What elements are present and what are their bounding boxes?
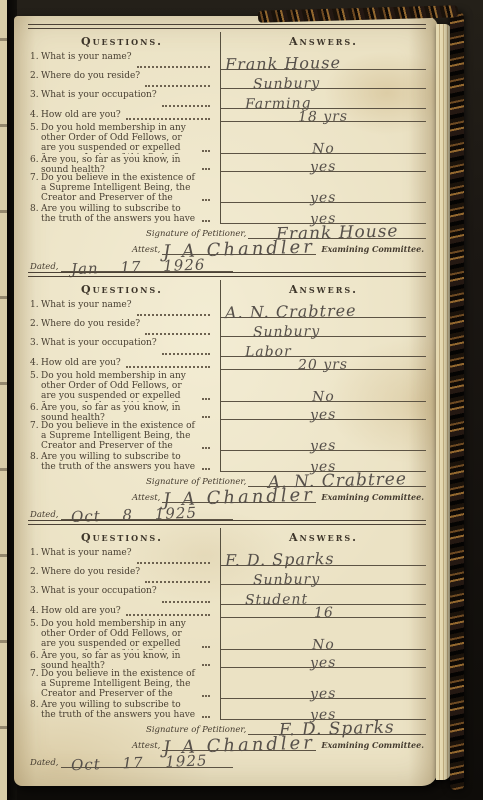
answer-line: yes xyxy=(221,172,426,203)
examining-committee-label: Examining Committee. xyxy=(321,740,424,750)
questions-list: 1. What is your name? 2. Where do you re… xyxy=(28,51,216,224)
handwritten-answer: F. D. Sparks xyxy=(225,549,335,570)
question-item: 8. Are you willing to subscribe to the t… xyxy=(28,451,216,472)
handwritten-answer: Sunbury xyxy=(253,75,320,92)
question-number: 4. xyxy=(30,358,41,368)
question-number: 1. xyxy=(30,300,41,310)
question-number: 8. xyxy=(30,700,41,710)
petition-form: Questions. 1. What is your name? 2. Wher… xyxy=(28,272,426,520)
handwritten-answer: Sunbury xyxy=(253,571,320,588)
question-text: Where do you reside? xyxy=(41,319,140,329)
dot-leader xyxy=(202,220,210,222)
question-number: 6. xyxy=(30,155,41,165)
questions-column: Questions. 1. What is your name? 2. Wher… xyxy=(28,280,220,472)
handwritten-answer: yes xyxy=(310,190,337,206)
question-number: 1. xyxy=(30,52,41,62)
question-text: What is your name? xyxy=(41,300,132,310)
questions-header: Questions. xyxy=(28,528,216,547)
dated-label: Dated, xyxy=(30,262,58,272)
dot-leader xyxy=(126,366,210,368)
question-text: Do you believe in the existence of a Sup… xyxy=(41,173,197,203)
question-text: Do you believe in the existence of a Sup… xyxy=(41,421,197,451)
answers-column: Answers. Frank House Sunbury Farming 18 … xyxy=(220,32,426,224)
dot-leader xyxy=(137,314,210,316)
question-number: 7. xyxy=(30,173,41,183)
section-divider-rule xyxy=(28,24,426,29)
question-text: Where do you reside? xyxy=(41,567,140,577)
answer-line: A. N. Crabtree xyxy=(221,299,426,318)
question-item: 2. Where do you reside? xyxy=(28,318,216,337)
question-text: Are you, so far as you know, in sound he… xyxy=(41,403,197,420)
question-item: 2. Where do you reside? xyxy=(28,70,216,89)
handwritten-answer: Sunbury xyxy=(253,323,320,340)
dot-leader xyxy=(202,398,210,400)
dot-leader xyxy=(202,150,210,152)
question-text: What is your occupation? xyxy=(41,338,157,348)
attest-label: Attest, xyxy=(132,493,160,503)
signature-of-petitioner-label: Signature of Petitioner, xyxy=(146,725,246,735)
ledger-page: Questions. 1. What is your name? 2. Wher… xyxy=(14,16,438,786)
question-text: What is your name? xyxy=(41,52,132,62)
attest-signature-line: J A Chandler xyxy=(162,239,316,255)
question-text: What is your name? xyxy=(41,548,132,558)
question-number: 7. xyxy=(30,669,41,679)
dot-leader xyxy=(137,66,210,68)
answers-list: F. D. Sparks Sunbury Student 16 No yes y… xyxy=(221,547,426,720)
question-number: 8. xyxy=(30,452,41,462)
dot-leader xyxy=(162,353,210,355)
dot-leader xyxy=(202,199,210,201)
dot-leader xyxy=(202,468,210,470)
dot-leader xyxy=(202,695,210,697)
question-text: How old are you? xyxy=(41,110,121,120)
question-item: 7. Do you believe in the existence of a … xyxy=(28,172,216,203)
question-item: 8. Are you willing to subscribe to the t… xyxy=(28,699,216,720)
dot-leader xyxy=(162,601,210,603)
question-text: What is your occupation? xyxy=(41,90,157,100)
answers-header: Answers. xyxy=(221,280,426,299)
question-text: Do you hold membership in any other Orde… xyxy=(41,371,197,402)
question-number: 3. xyxy=(30,90,41,100)
answer-line: yes xyxy=(221,699,426,720)
answers-header: Answers. xyxy=(221,528,426,547)
question-item: 5. Do you hold membership in any other O… xyxy=(28,122,216,154)
attest-signature-line: J A Chandler xyxy=(162,487,316,503)
answer-line: Frank House xyxy=(221,51,426,70)
signature-row: Signature of Petitioner, A. N. Crabtree xyxy=(28,472,426,487)
handwritten-answer: Labor xyxy=(245,344,292,361)
handwritten-answer: Student xyxy=(245,591,308,608)
question-item: 1. What is your name? xyxy=(28,51,216,70)
handwritten-answer: 18 yrs xyxy=(298,109,348,126)
question-number: 5. xyxy=(30,371,41,381)
dot-leader xyxy=(145,581,210,583)
answer-line: No xyxy=(221,370,426,402)
answer-line: Labor xyxy=(221,337,426,357)
question-item: 1. What is your name? xyxy=(28,547,216,566)
question-number: 2. xyxy=(30,319,41,329)
question-text: How old are you? xyxy=(41,358,121,368)
question-item: 3. What is your occupation? xyxy=(28,585,216,605)
handwritten-answer: 20 yrs xyxy=(298,357,348,374)
dot-leader xyxy=(202,168,210,170)
question-item: 5. Do you hold membership in any other O… xyxy=(28,370,216,402)
handwritten-answer: No xyxy=(312,141,335,157)
question-text: Do you believe in the existence of a Sup… xyxy=(41,669,197,699)
dot-leader xyxy=(162,105,210,107)
signature-line: A. N. Crabtree xyxy=(248,471,426,487)
questions-header: Questions. xyxy=(28,280,216,299)
dot-leader xyxy=(202,646,210,648)
question-number: 6. xyxy=(30,403,41,413)
question-number: 3. xyxy=(30,586,41,596)
section-divider-rule xyxy=(28,272,426,277)
question-item: 4. How old are you? xyxy=(28,109,216,122)
attest-label: Attest, xyxy=(132,741,160,751)
dot-leader xyxy=(202,447,210,449)
dot-leader xyxy=(126,118,210,120)
question-item: 7. Do you believe in the existence of a … xyxy=(28,668,216,699)
handwritten-date: Oct 17 1925 xyxy=(61,751,208,774)
questions-answers-grid: Questions. 1. What is your name? 2. Wher… xyxy=(28,280,426,472)
dot-leader xyxy=(202,716,210,718)
answer-line: Farming xyxy=(221,89,426,109)
handwritten-answer: yes xyxy=(310,438,337,454)
question-text: Do you hold membership in any other Orde… xyxy=(41,123,197,154)
question-number: 5. xyxy=(30,619,41,629)
answers-list: Frank House Sunbury Farming 18 yrs No ye… xyxy=(221,51,426,224)
book-binding-edge xyxy=(450,12,464,790)
answer-line: F. D. Sparks xyxy=(221,547,426,566)
handwritten-answer: yes xyxy=(310,407,337,423)
questions-list: 1. What is your name? 2. Where do you re… xyxy=(28,547,216,720)
question-number: 6. xyxy=(30,651,41,661)
signature-row: Signature of Petitioner, F. D. Sparks xyxy=(28,720,426,735)
questions-answers-grid: Questions. 1. What is your name? 2. Wher… xyxy=(28,32,426,224)
signature-line: Frank House xyxy=(248,223,426,239)
signature-of-petitioner-label: Signature of Petitioner, xyxy=(146,477,246,487)
answers-header: Answers. xyxy=(221,32,426,51)
answer-line: yes xyxy=(221,420,426,451)
handwritten-answer: A. N. Crabtree xyxy=(225,301,357,322)
dot-leader xyxy=(126,614,210,616)
questions-column: Questions. 1. What is your name? 2. Wher… xyxy=(28,32,220,224)
question-item: 7. Do you believe in the existence of a … xyxy=(28,420,216,451)
question-item: 5. Do you hold membership in any other O… xyxy=(28,618,216,650)
handwritten-answer: Frank House xyxy=(225,53,341,74)
question-item: 8. Are you willing to subscribe to the t… xyxy=(28,203,216,224)
question-text: Are you willing to subscribe to the trut… xyxy=(41,452,197,472)
answers-list: A. N. Crabtree Sunbury Labor 20 yrs No y… xyxy=(221,299,426,472)
dot-leader xyxy=(202,664,210,666)
dot-leader xyxy=(145,333,210,335)
dated-label: Dated, xyxy=(30,510,58,520)
question-text: Where do you reside? xyxy=(41,71,140,81)
answer-line: Student xyxy=(221,585,426,605)
question-text: Do you hold membership in any other Orde… xyxy=(41,619,197,650)
handwritten-answer: yes xyxy=(310,686,337,702)
question-number: 8. xyxy=(30,204,41,214)
question-item: 3. What is your occupation? xyxy=(28,89,216,109)
handwritten-answer: No xyxy=(312,389,335,405)
question-number: 4. xyxy=(30,110,41,120)
attest-label: Attest, xyxy=(132,245,160,255)
examining-committee-label: Examining Committee. xyxy=(321,492,424,502)
question-text: Are you willing to subscribe to the trut… xyxy=(41,700,197,720)
page-edges-strip xyxy=(436,24,451,780)
question-number: 5. xyxy=(30,123,41,133)
answer-line: No xyxy=(221,122,426,154)
question-item: 1. What is your name? xyxy=(28,299,216,318)
signature-of-petitioner-label: Signature of Petitioner, xyxy=(146,229,246,239)
question-number: 2. xyxy=(30,71,41,81)
answer-line: yes xyxy=(221,668,426,699)
petition-forms-container: Questions. 1. What is your name? 2. Wher… xyxy=(28,24,426,768)
signature-line: F. D. Sparks xyxy=(248,719,426,735)
question-number: 4. xyxy=(30,606,41,616)
question-text: What is your occupation? xyxy=(41,586,157,596)
dot-leader xyxy=(145,85,210,87)
handwritten-answer: yes xyxy=(310,655,337,671)
answer-line: No xyxy=(221,618,426,650)
question-item: 6. Are you, so far as you know, in sound… xyxy=(28,402,216,420)
attest-signature-line: J A Chandler xyxy=(162,735,316,751)
question-item: 4. How old are you? xyxy=(28,605,216,618)
question-number: 2. xyxy=(30,567,41,577)
petition-form: Questions. 1. What is your name? 2. Wher… xyxy=(28,24,426,272)
question-text: Are you, so far as you know, in sound he… xyxy=(41,651,197,668)
handwritten-answer: No xyxy=(312,637,335,653)
question-text: How old are you? xyxy=(41,606,121,616)
answers-column: Answers. A. N. Crabtree Sunbury Labor 20… xyxy=(220,280,426,472)
questions-column: Questions. 1. What is your name? 2. Wher… xyxy=(28,528,220,720)
question-number: 1. xyxy=(30,548,41,558)
handwritten-answer: yes xyxy=(310,159,337,175)
question-number: 3. xyxy=(30,338,41,348)
petition-form: Questions. 1. What is your name? 2. Wher… xyxy=(28,520,426,768)
facing-page-edge xyxy=(0,0,7,800)
question-item: 6. Are you, so far as you know, in sound… xyxy=(28,154,216,172)
question-number: 7. xyxy=(30,421,41,431)
question-text: Are you, so far as you know, in sound he… xyxy=(41,155,197,172)
examining-committee-label: Examining Committee. xyxy=(321,244,424,254)
question-item: 6. Are you, so far as you know, in sound… xyxy=(28,650,216,668)
question-item: 4. How old are you? xyxy=(28,357,216,370)
question-text: Are you willing to subscribe to the trut… xyxy=(41,204,197,224)
answers-column: Answers. F. D. Sparks Sunbury Student 16… xyxy=(220,528,426,720)
dot-leader xyxy=(137,562,210,564)
questions-answers-grid: Questions. 1. What is your name? 2. Wher… xyxy=(28,528,426,720)
question-item: 3. What is your occupation? xyxy=(28,337,216,357)
question-item: 2. Where do you reside? xyxy=(28,566,216,585)
dot-leader xyxy=(202,416,210,418)
questions-header: Questions. xyxy=(28,32,216,51)
questions-list: 1. What is your name? 2. Where do you re… xyxy=(28,299,216,472)
section-divider-rule xyxy=(28,520,426,525)
handwritten-answer: 16 xyxy=(313,605,333,621)
signature-row: Signature of Petitioner, Frank House xyxy=(28,224,426,239)
dated-label: Dated, xyxy=(30,758,58,768)
